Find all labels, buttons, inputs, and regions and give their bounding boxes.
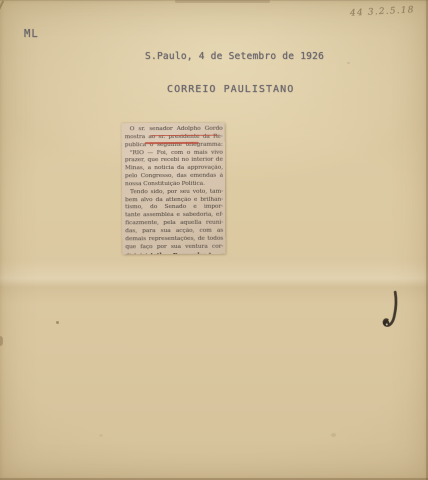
paper-speck (347, 62, 350, 64)
paper-speck (56, 321, 59, 324)
red-underline (145, 142, 199, 144)
newspaper-clipping: O sr. senador Adolpho Gordo mostra ao sr… (122, 123, 226, 255)
clipping-line: Tendo sido, por seu voto, tam- (125, 188, 223, 196)
clipping-text: O sr. senador Adolpho Gordo mostra ao sr… (125, 126, 224, 255)
clipping-signature-line: dial. (a) Arthur Bernardes." (125, 251, 223, 254)
document-page: 44 3.2.5.18 ML S.Paulo, 4 de Setembro de… (0, 0, 428, 480)
paper-speck (0, 336, 3, 346)
clipping-line: pelo Congresso, das emendas á (125, 173, 223, 181)
paper-stain (331, 433, 336, 437)
dateline: S.Paulo, 4 de Setembro de 1926 (145, 51, 324, 62)
publication-title: CORREIO PAULISTANO (167, 84, 294, 95)
signature-name: Arthur Bernardes." (149, 251, 211, 254)
ink-pin-mark (380, 288, 407, 338)
pencil-slash-mark (0, 0, 4, 11)
page-edge-shadow (0, 0, 428, 1)
archive-code-annotation: 44 3.2.5.18 (350, 5, 415, 18)
initials-mark: ML (24, 28, 39, 40)
paper-crease (0, 260, 428, 304)
paper-speck (99, 434, 103, 437)
signature-prefix: dial. (a) (125, 253, 149, 255)
clipping-line: demais representações, de todos (125, 236, 223, 244)
